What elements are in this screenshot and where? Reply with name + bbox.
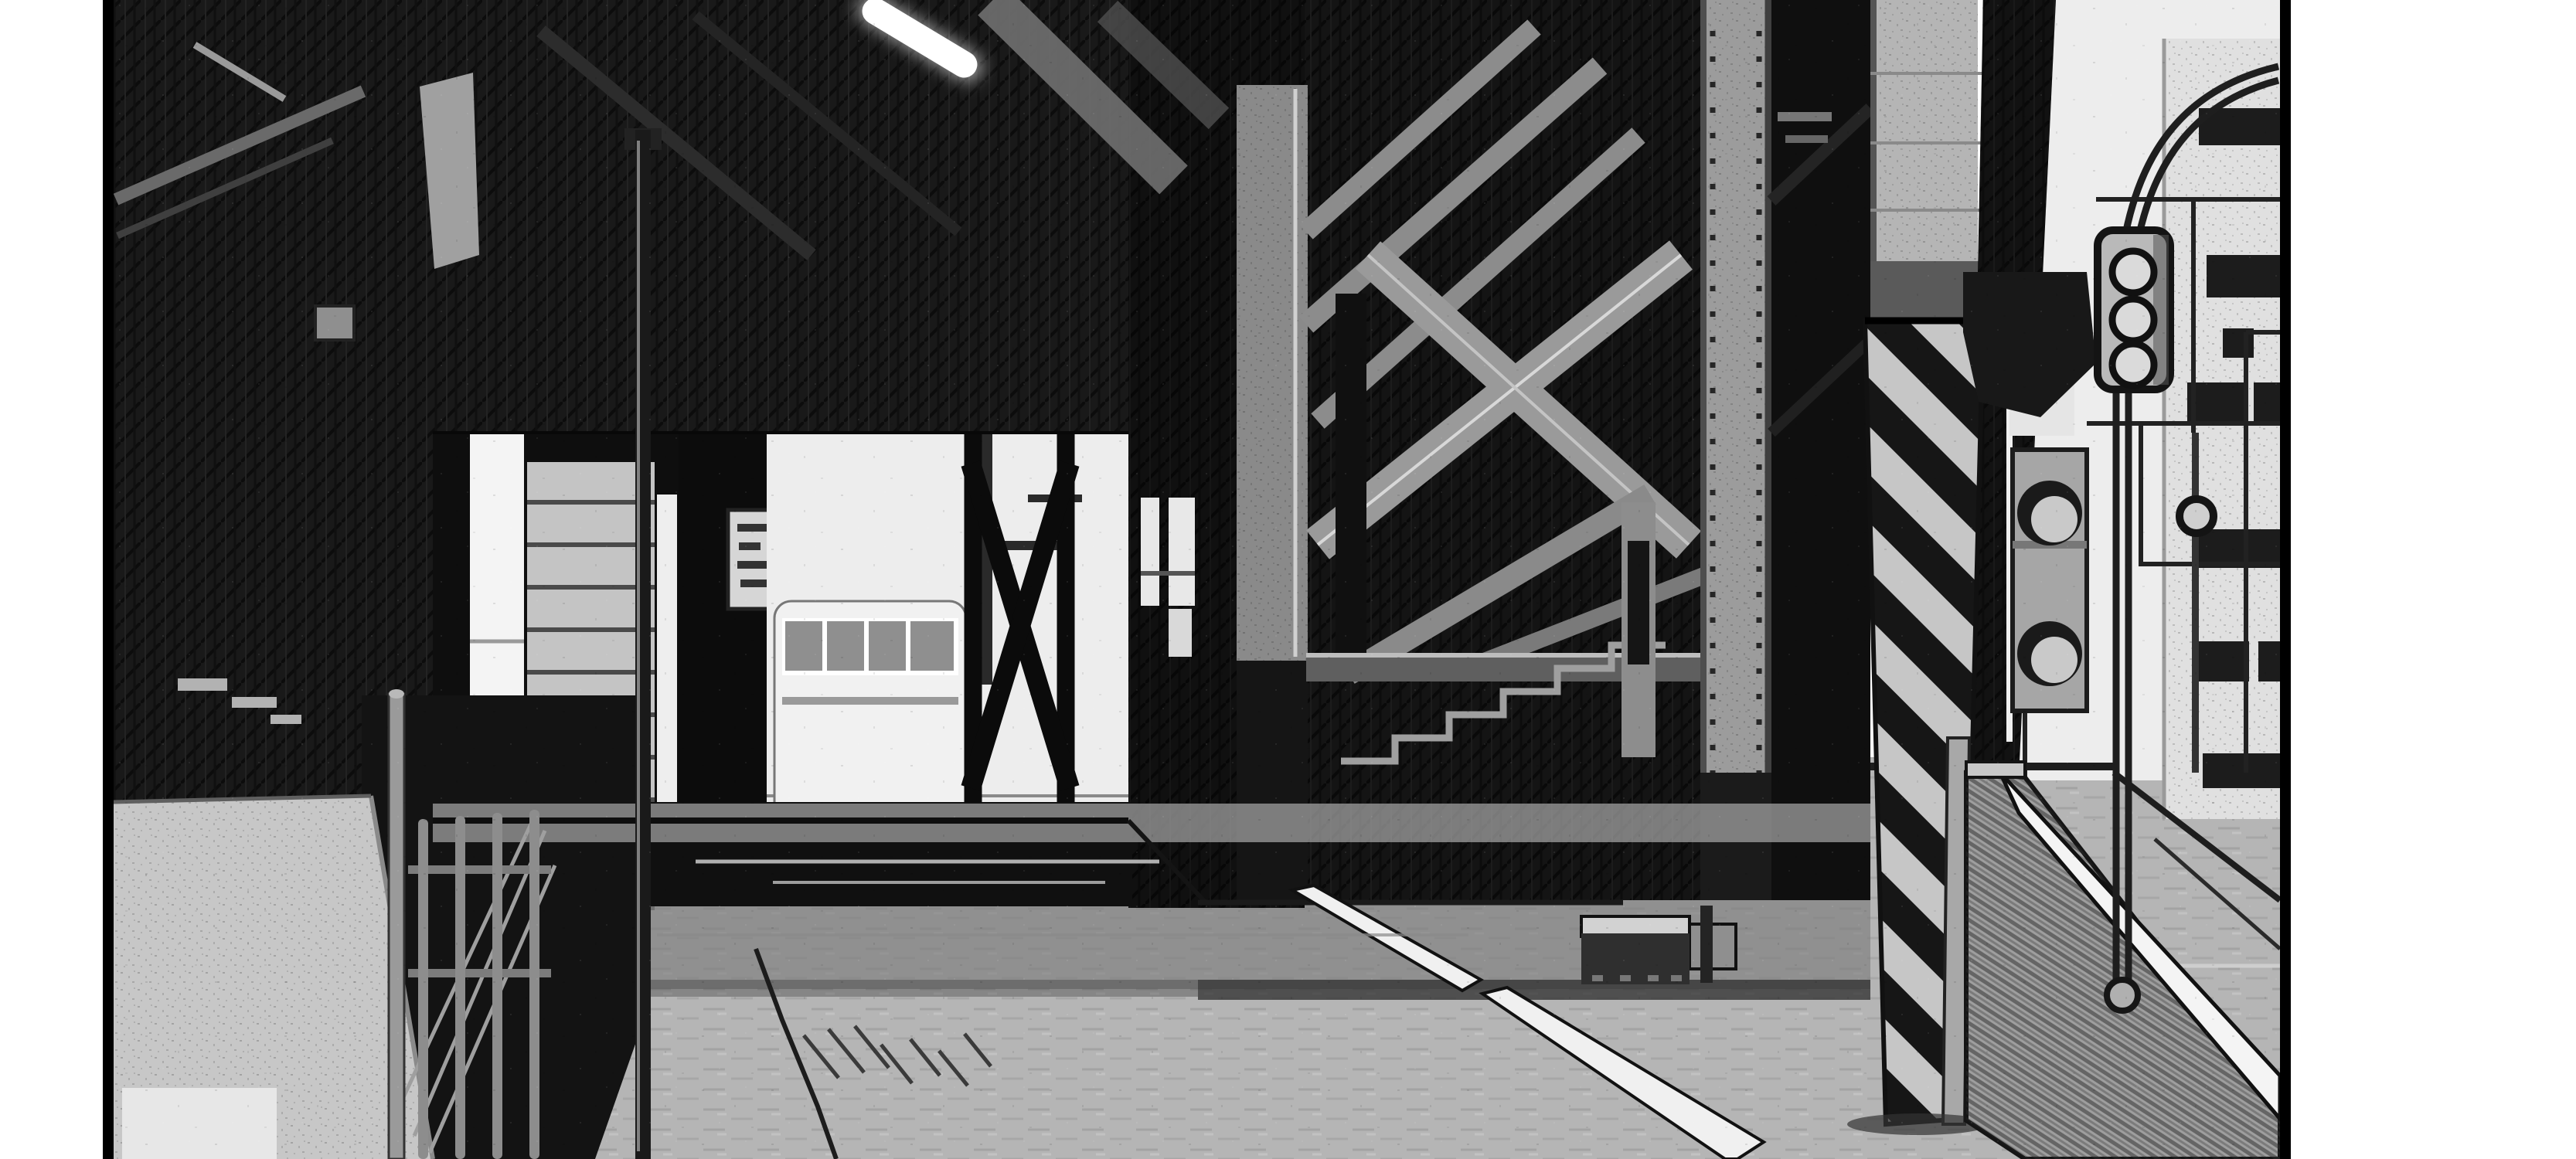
manga-page: Black-and-white manga background panel: … xyxy=(0,0,2576,1159)
print-noise xyxy=(114,0,2280,1159)
panel-art: Black-and-white manga background panel: … xyxy=(0,0,2576,1159)
panel-border-right xyxy=(2280,0,2291,1159)
right-margin xyxy=(2291,0,2576,1159)
left-margin xyxy=(0,0,103,1159)
panel-border-left xyxy=(103,0,114,1159)
